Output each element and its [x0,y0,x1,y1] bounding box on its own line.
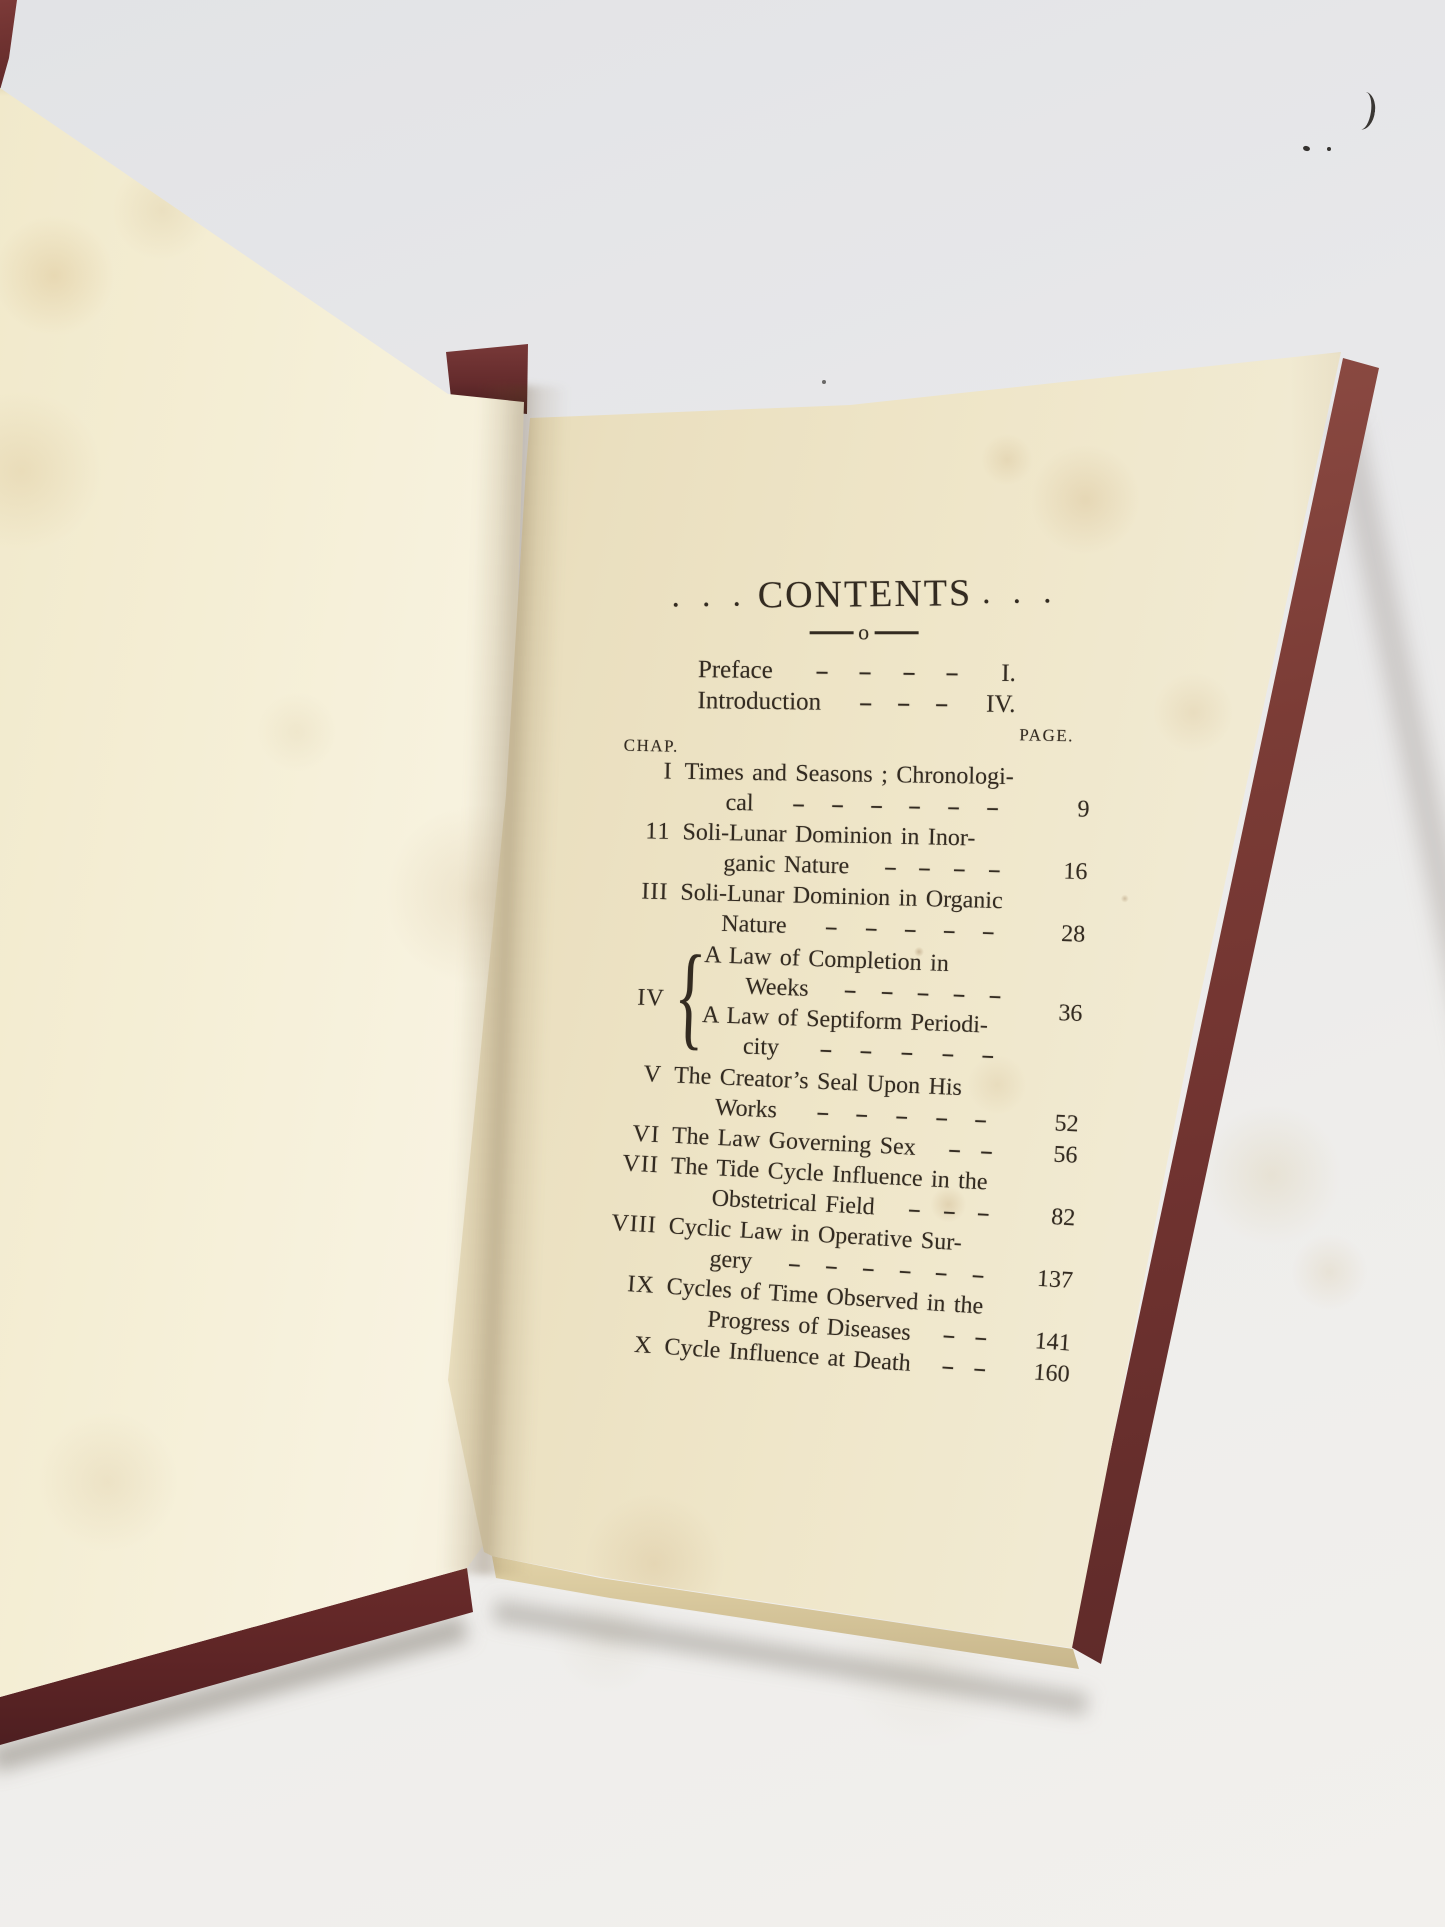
leader-dash: - [894,1101,909,1132]
leader-dash: - [934,1103,949,1134]
page-speck [822,380,826,384]
chapter-number: VII [606,1148,671,1181]
leader-dash: - [947,792,961,822]
leader-dash: - [918,853,932,883]
leader-dash: - [981,917,995,947]
front-matter-page: IV. [986,689,1016,720]
chapter-page-number [1036,825,1095,856]
divider-ornament: o [858,622,869,642]
leader-dash: - [971,1260,986,1291]
leader-dash: - [972,1353,988,1384]
leader-dash: - [974,1105,989,1136]
leader-dashes: ---- [773,655,1002,689]
title-divider: o [626,620,1102,644]
leader-dash: - [869,790,883,820]
chapter-page-number: 16 [1035,856,1094,887]
chapter-page-number: 36 [1036,997,1089,1029]
leader-dash: - [864,913,878,943]
divider-rule-right [874,631,918,634]
chapter-page-number: 82 [1022,1201,1082,1234]
chapter-line-text: Works [672,1091,777,1126]
leader-dash: - [815,656,830,687]
book-cover-corner-top-left [0,0,20,94]
leader-dashes: ---- [849,851,1036,885]
chapter-line-text: city [700,1030,779,1063]
leader-dash: - [953,854,967,884]
leader-dash: - [843,975,858,1005]
chapter-number [605,1178,671,1211]
chapter-page-number [1021,1232,1081,1265]
chapter-number: X [600,1328,666,1362]
leader-dash: - [941,1351,957,1382]
chapter-page-number: 137 [1020,1263,1080,1296]
leader-dash: - [942,915,956,945]
chapter-lines: A Law of Completion inWeeks-----A Law of… [700,940,1038,1072]
leader-dashes: -- [915,1133,1026,1168]
leader-dash: - [979,1136,994,1167]
book-shadow-right [1330,414,1445,1575]
curly-brace-icon: { [680,938,699,1060]
chapter-line-text: ganic Nature [681,847,849,881]
leader-dash: - [947,1134,962,1165]
leader-dash: - [879,977,894,1007]
chapter-line-text: Times and Seasons ; Chronologi- [684,757,1014,792]
chapter-line-text: gery [667,1241,753,1276]
contents-page-text: . . . CONTENTS . . . o Preface----I.Intr… [600,560,1104,1374]
chapter-page-number [1038,762,1096,793]
column-header-chap: CHAP. [624,736,680,757]
leader-dash: - [975,1198,990,1229]
leader-dash: - [855,1099,870,1130]
leader-dash: - [941,1320,957,1351]
chapter-number: VI [607,1118,672,1151]
title-dots-left: . . . [671,574,748,619]
chapter-page-number [1034,887,1093,919]
divider-rule-left [809,631,853,634]
leader-dash: - [861,1253,876,1284]
leader-dashes: ------ [753,788,1038,823]
front-matter-label: Preface [698,654,773,686]
leader-dash: - [903,914,917,944]
chapter-page-number: 52 [1026,1107,1085,1140]
leader-dash: - [896,688,911,719]
chapter-number: V [609,1058,674,1091]
front-matter-row: Preface----I. [698,654,1016,689]
surface-mark-paren [1352,91,1377,131]
leader-dash: - [900,1037,915,1067]
leader-dash: - [830,790,844,820]
leader-dash: - [787,1249,802,1280]
leader-dash: - [815,1097,830,1128]
chapter-number: IX [602,1268,668,1302]
chapter-row-group: IV{A Law of Completion inWeeks-----A Law… [611,936,1091,1075]
leader-dash: - [824,1251,839,1282]
chapter-page-number: 9 [1037,794,1096,825]
leader-dash: - [824,912,838,942]
page-title: CONTENTS [757,571,972,617]
surface-speck [1302,145,1310,152]
chapter-number [603,1238,669,1272]
surface-speck [1327,147,1331,151]
chapter-page-number: 141 [1018,1325,1078,1359]
leader-dash: - [901,657,916,688]
chapter-line-text: cal [683,787,754,818]
column-header-page: PAGE. [1019,725,1074,746]
chapter-page-number [1024,1169,1083,1202]
chapter-page-number [1019,1294,1079,1328]
leader-dash: - [818,1034,833,1064]
leader-dash: - [934,1258,949,1289]
leader-dash: - [988,980,1003,1010]
leader-dash: - [897,1255,912,1286]
chapter-number: VIII [604,1208,670,1242]
front-matter-row: Introduction---IV. [697,685,1015,720]
front-matter-page: I. [1001,658,1016,689]
leader-dash: - [858,687,873,718]
chapter-number [615,906,680,938]
leader-dashes: --- [821,687,986,720]
front-matter-list: Preface----I.Introduction---IV. [697,654,1016,720]
leader-dash: - [883,852,897,882]
chapter-number: III [616,876,681,908]
chapter-number [617,846,682,878]
chapter-number: I [620,756,684,787]
chapter-number: 11 [618,816,683,847]
chapter-page-number: 160 [1017,1356,1077,1390]
leader-dash: - [907,1194,922,1225]
leader-dash: - [941,1196,956,1227]
leader-dash: - [951,979,966,1009]
title-dots-right: . . . [982,570,1059,615]
chapter-number: IV [612,982,677,1014]
chapter-number [601,1298,667,1332]
leader-dash: - [858,656,873,687]
chapter-line-text: Weeks [703,970,809,1004]
chapter-list: ITimes and Seasons ; Chronologi-cal-----… [600,756,1097,1374]
chapter-page-number [1027,1076,1086,1109]
chapter-number [619,786,684,817]
leader-dash: - [973,1322,989,1353]
leader-dash: - [935,688,950,719]
chapter-page-number: 56 [1025,1138,1084,1171]
leader-dash: - [915,978,930,1008]
leader-dash: - [940,1039,955,1069]
chapter-page-number: 28 [1033,918,1092,950]
leader-dash: - [859,1036,874,1066]
photo-of-open-book: . . . CONTENTS . . . o Preface----I.Intr… [0,0,1445,1927]
leader-dash: - [987,855,1001,885]
leader-dash: - [981,1040,996,1070]
leader-dash: - [791,789,805,819]
leader-dash: - [986,793,1000,823]
front-matter-label: Introduction [697,685,821,718]
contents-title: . . . CONTENTS . . . [627,570,1103,619]
chapter-number [608,1088,673,1121]
leader-dash: - [945,657,960,688]
leader-dash: - [908,791,922,821]
